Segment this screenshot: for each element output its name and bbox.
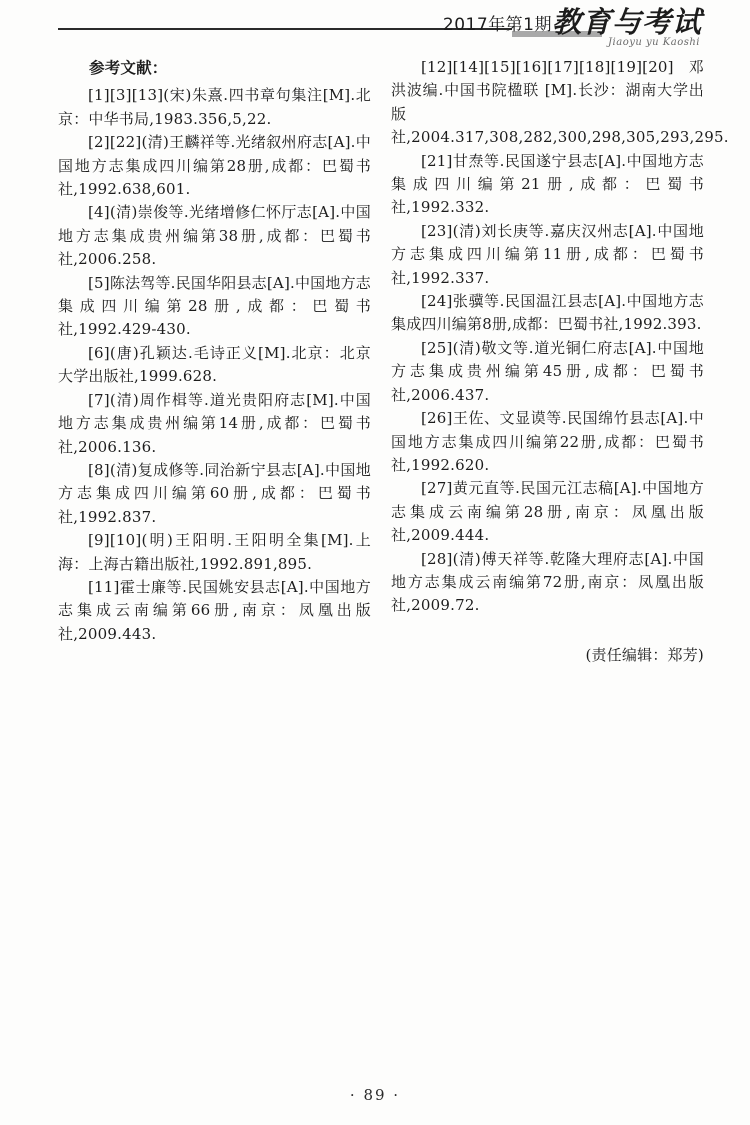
references-list-left: [1][3][13](宋)朱熹.四书章句集注[M].北京：中华书局,1983.3… <box>58 84 371 646</box>
journal-title-romanized: Jiaoyu yu Kaoshi <box>608 37 700 48</box>
reference-item: [9][10](明)王阳明.王阳明全集[M].上海：上海古籍出版社,1992.8… <box>58 529 371 576</box>
journal-issue: 2017年第1期 <box>443 10 552 35</box>
references-column-left: 参考文献： [1][3][13](宋)朱熹.四书章句集注[M].北京：中华书局,… <box>58 56 371 646</box>
reference-item: [11]霍士廉等.民国姚安县志[A].中国地方志集成云南编第66册,南京：凤凰出… <box>58 576 371 646</box>
journal-header: 2017年第1期 教育与考试 <box>443 0 702 41</box>
page-number: · 89 · <box>0 1086 750 1104</box>
reference-item: [7](清)周作楫等.道光贵阳府志[M].中国地方志集成贵州编第14册,成都：巴… <box>58 389 371 459</box>
references-heading: 参考文献： <box>58 56 371 79</box>
reference-item: [21]甘焘等.民国遂宁县志[A].中国地方志集成四川编第21册,成都：巴蜀书社… <box>391 150 704 220</box>
reference-item: [6](唐)孔颖达.毛诗正义[M].北京：北京大学出版社,1999.628. <box>58 342 371 389</box>
reference-item: [4](清)崇俊等.光绪增修仁怀厅志[A].中国地方志集成贵州编第38册,成都：… <box>58 201 371 271</box>
journal-title: 教育与考试 <box>552 0 702 41</box>
reference-item: [12][14][15][16][17][18][19][20] 邓洪波编.中国… <box>391 56 704 150</box>
references-list-right: [12][14][15][16][17][18][19][20] 邓洪波编.中国… <box>391 56 704 618</box>
reference-item: [27]黄元直等.民国元江志稿[A].中国地方志集成云南编第28册,南京：凤凰出… <box>391 477 704 547</box>
reference-item: [2][22](清)王麟祥等.光绪叙州府志[A].中国地方志集成四川编第28册,… <box>58 131 371 201</box>
editor-note: (责任编辑：郑芳) <box>391 644 704 667</box>
reference-item: [23](清)刘长庚等.嘉庆汉州志[A].中国地方志集成四川编第11册,成都：巴… <box>391 220 704 290</box>
reference-item: [5]陈法驾等.民国华阳县志[A].中国地方志集成四川编第28册,成都：巴蜀书社… <box>58 272 371 342</box>
reference-item: [24]张骥等.民国温江县志[A].中国地方志集成四川编第8册,成都：巴蜀书社,… <box>391 290 704 337</box>
journal-page: 2017年第1期 教育与考试 Jiaoyu yu Kaoshi 参考文献： [1… <box>0 0 750 1125</box>
reference-item: [26]王佐、文显谟等.民国绵竹县志[A].中国地方志集成四川编第22册,成都：… <box>391 407 704 477</box>
reference-item: [28](清)傅天祥等.乾隆大理府志[A].中国地方志集成云南编第72册,南京：… <box>391 548 704 618</box>
reference-item: [1][3][13](宋)朱熹.四书章句集注[M].北京：中华书局,1983.3… <box>58 84 371 131</box>
reference-item: [8](清)复成修等.同治新宁县志[A].中国地方志集成四川编第60册,成都：巴… <box>58 459 371 529</box>
reference-item: [25](清)敬文等.道光铜仁府志[A].中国地方志集成贵州编第45册,成都：巴… <box>391 337 704 407</box>
references-column-right: [12][14][15][16][17][18][19][20] 邓洪波编.中国… <box>391 56 704 667</box>
